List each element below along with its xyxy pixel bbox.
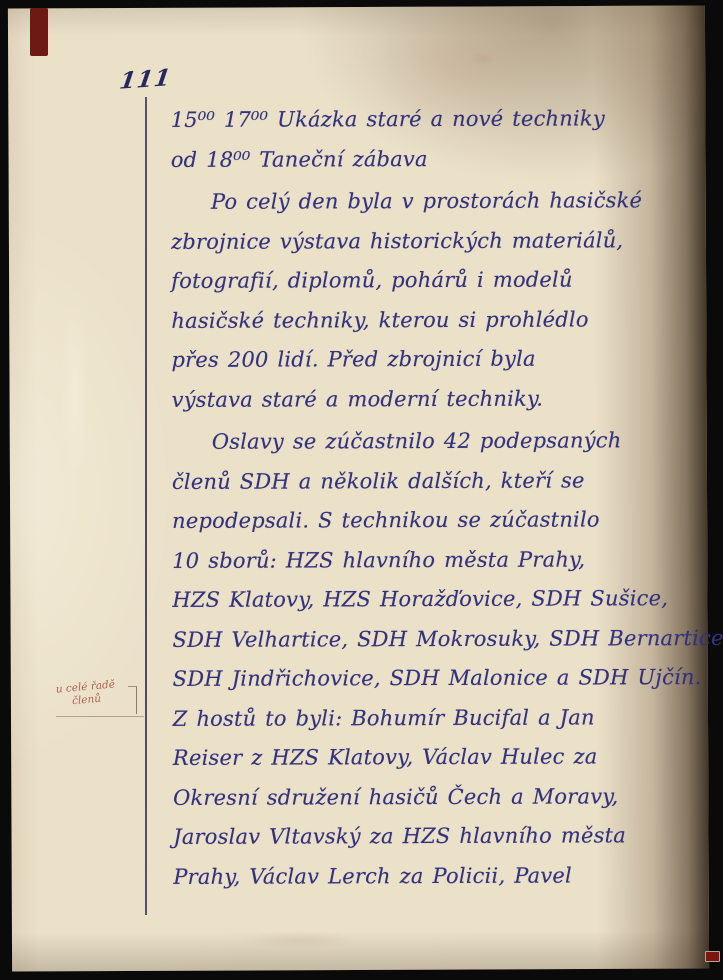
paper-stain (240, 930, 360, 950)
text-line: SDH Jindřichovice, SDH Malonice a SDH Uj… (173, 658, 698, 699)
scanned-chronicle-page: 111 15⁰⁰ 17⁰⁰ Ukázka staré a nové techni… (0, 0, 723, 980)
text-line: zbrojnice výstava historických materiálů… (171, 221, 696, 262)
text-line: výstava staré a moderní techniky. (172, 379, 697, 420)
text-line: 10 sborů: HZS hlavního města Prahy, (172, 540, 697, 581)
text-line: HZS Klatovy, HZS Horažďovice, SDH Sušice… (172, 579, 697, 620)
margin-note-underline (56, 716, 144, 717)
text-line: nepodepsali. S technikou se zúčastnilo (172, 500, 697, 541)
text-line: přes 200 lidí. Před zbrojnicí byla (171, 339, 696, 380)
paper-stain (470, 52, 496, 66)
page-number: 111 (118, 64, 173, 94)
margin-note-bracket (128, 686, 137, 714)
text-line: Prahy, Václav Lerch za Policii, Pavel (173, 856, 698, 897)
text-line: SDH Velhartice, SDH Mokrosuky, SDH Berna… (172, 619, 697, 660)
paper-highlight (60, 300, 90, 480)
margin-rule-line (145, 97, 147, 915)
text-line: Oslavy se zúčastnilo 42 podepsaných (172, 421, 697, 462)
text-line: Z hostů to byli: Bohumír Bucifal a Jan (173, 698, 698, 739)
text-line: členů SDH a několik dalších, kteří se (172, 461, 697, 502)
scan-artifact-red-mark (30, 8, 48, 56)
text-line: 15⁰⁰ 17⁰⁰ Ukázka staré a nové techniky (171, 99, 696, 140)
scan-watermark-icon (705, 951, 720, 962)
handwritten-text-block: 15⁰⁰ 17⁰⁰ Ukázka staré a nové techniky o… (171, 99, 699, 897)
text-line: fotografií, diplomů, pohárů i modelů (171, 260, 696, 301)
text-line: od 18⁰⁰ Taneční zábava (171, 139, 696, 180)
text-line: Okresní sdružení hasičů Čech a Moravy, (173, 777, 698, 818)
text-line: Po celý den byla v prostorách hasičské (171, 181, 696, 222)
text-line: hasičské techniky, kterou si prohlédlo (171, 300, 696, 341)
text-line: Reiser z HZS Klatovy, Václav Hulec za (173, 737, 698, 778)
text-line: Jaroslav Vltavský za HZS hlavního města (173, 816, 698, 857)
